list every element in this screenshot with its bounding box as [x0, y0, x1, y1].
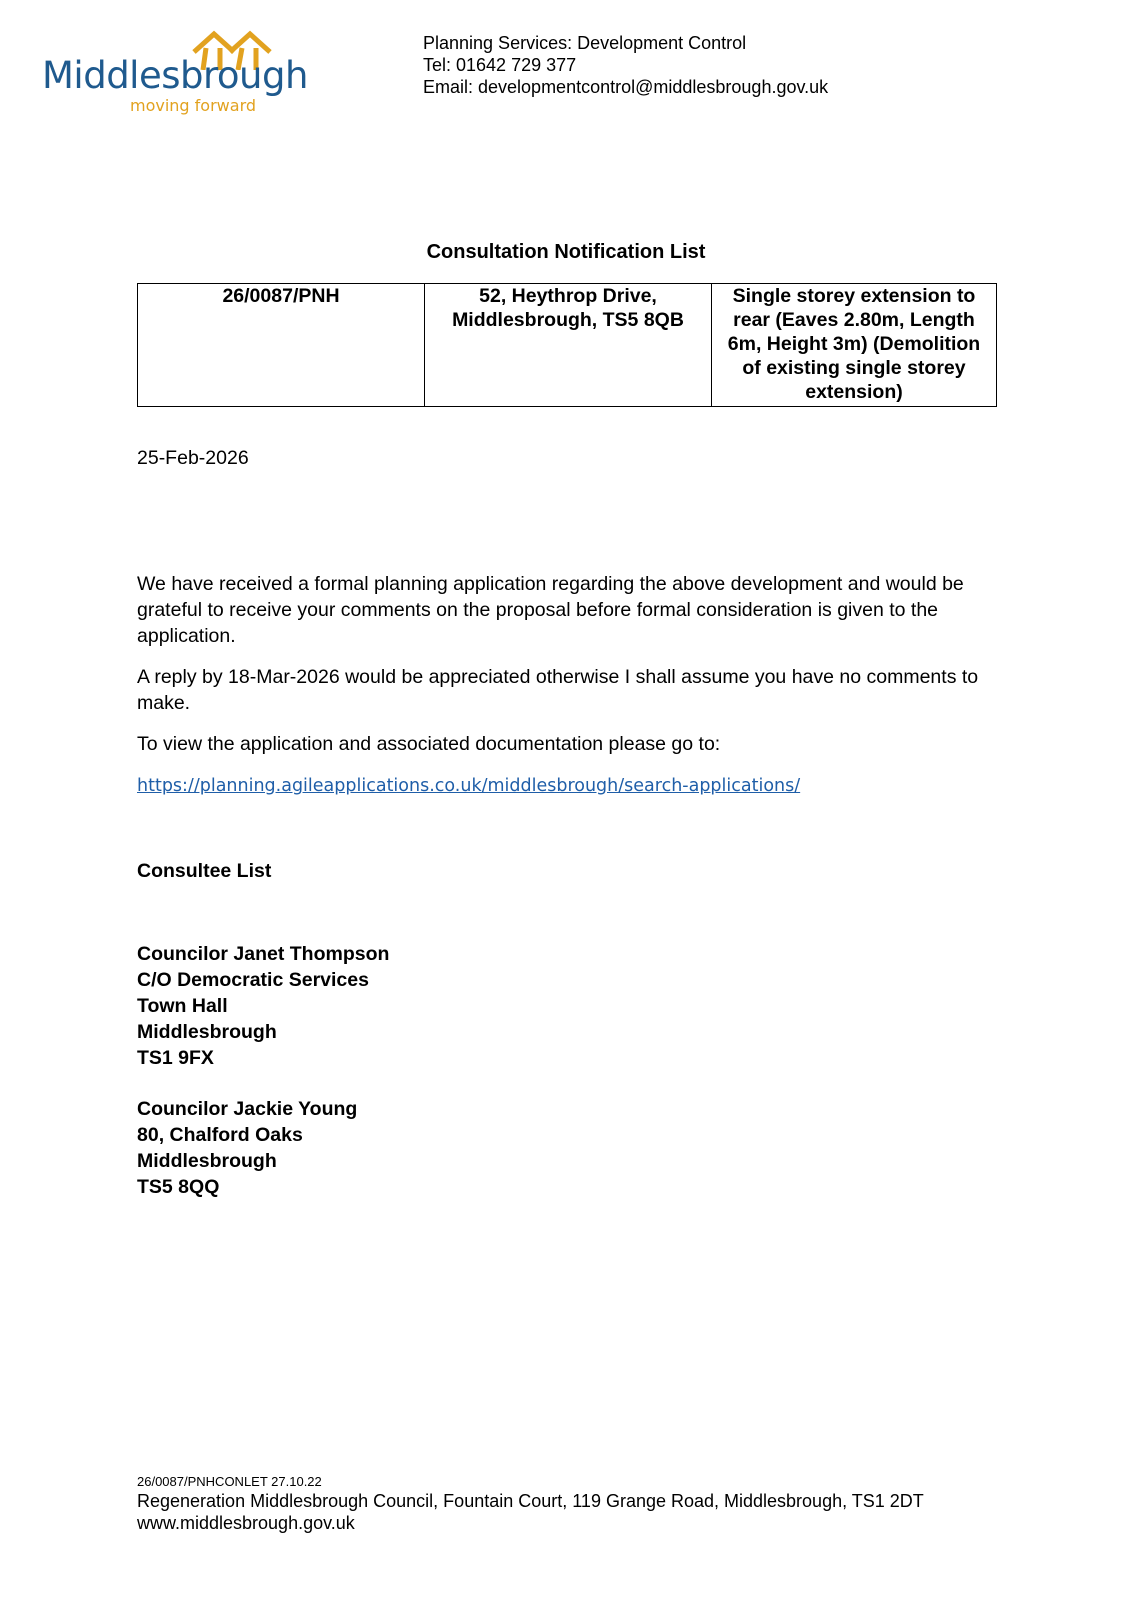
consultee-address-line: Town Hall [137, 993, 389, 1019]
body-paragraph: We have received a formal planning appli… [137, 571, 1007, 649]
logo-tagline: moving forward [130, 96, 256, 115]
consultee-name: Councilor Janet Thompson [137, 941, 389, 967]
consultee-list-heading: Consultee List [137, 860, 271, 883]
department-label: Planning Services: Development Control [423, 32, 828, 54]
application-search-link[interactable]: https://planning.agileapplications.co.uk… [137, 776, 800, 796]
consultee-address-line: Middlesbrough [137, 1019, 389, 1045]
middlesbrough-logo: Middlesbrough moving forward [40, 30, 300, 120]
footer-address: Regeneration Middlesbrough Council, Foun… [137, 1490, 924, 1512]
footer: Regeneration Middlesbrough Council, Foun… [137, 1490, 924, 1534]
header-contact: Planning Services: Development Control T… [423, 32, 828, 98]
consultee-address-line: C/O Democratic Services [137, 967, 389, 993]
consultee-postcode: TS5 8QQ [137, 1174, 357, 1200]
consultee-postcode: TS1 9FX [137, 1045, 389, 1071]
letter-body: We have received a formal planning appli… [137, 571, 1007, 814]
consultee-address-line: 80, Chalford Oaks [137, 1122, 357, 1148]
application-table: 26/0087/PNH 52, Heythrop Drive, Middlesb… [137, 283, 997, 407]
logo-wordmark: Middlesbrough [42, 54, 308, 97]
consultee-address-line: Middlesbrough [137, 1148, 357, 1174]
footer-website: www.middlesbrough.gov.uk [137, 1512, 924, 1534]
consultee-entry: Councilor Jackie Young 80, Chalford Oaks… [137, 1096, 357, 1200]
application-reference: 26/0087/PNH [138, 284, 425, 407]
email: Email: developmentcontrol@middlesbrough.… [423, 76, 828, 98]
telephone: Tel: 01642 729 377 [423, 54, 828, 76]
table-row: 26/0087/PNH 52, Heythrop Drive, Middlesb… [138, 284, 997, 407]
application-description: Single storey extension to rear (Eaves 2… [712, 284, 997, 407]
consultee-name: Councilor Jackie Young [137, 1096, 357, 1122]
page-title: Consultation Notification List [0, 241, 1132, 264]
application-address: 52, Heythrop Drive, Middlesbrough, TS5 8… [425, 284, 712, 407]
letter-date: 25-Feb-2026 [137, 447, 249, 470]
document-reference: 26/0087/PNHCONLET 27.10.22 [137, 1474, 322, 1489]
body-paragraph: To view the application and associated d… [137, 731, 1007, 757]
consultee-entry: Councilor Janet Thompson C/O Democratic … [137, 941, 389, 1071]
body-paragraph: A reply by 18-Mar-2026 would be apprecia… [137, 664, 1007, 716]
